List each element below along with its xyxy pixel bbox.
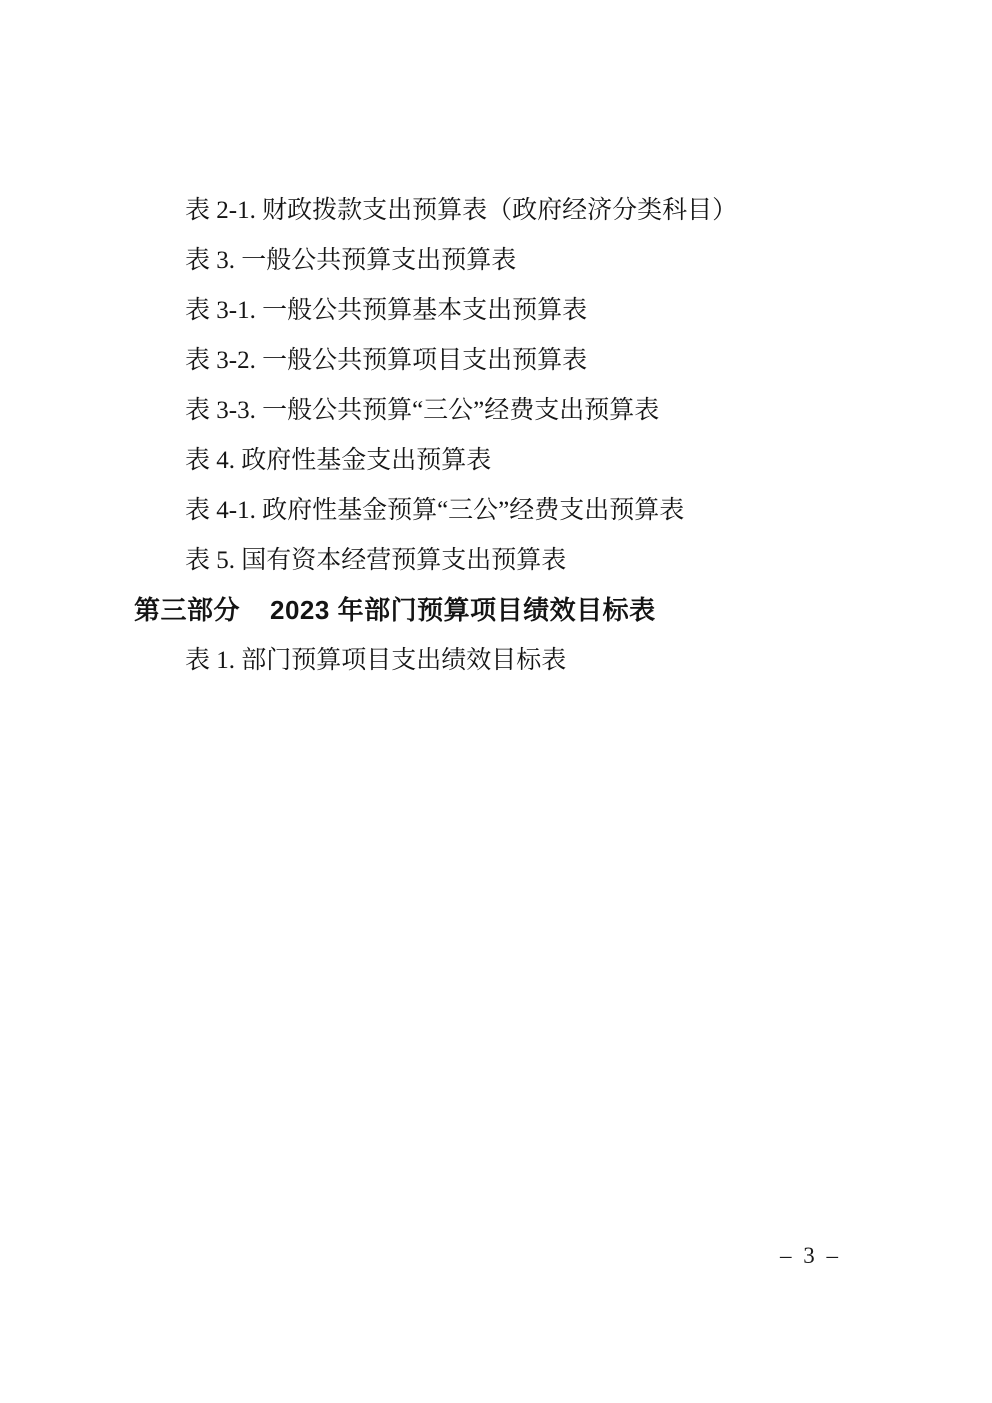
section3-heading-label: 第三部分 (134, 590, 240, 627)
toc-item-table-4: 表 4. 政府性基金支出预算表 (0, 440, 491, 476)
toc-item-table-3: 表 3. 一般公共预算支出预算表 (0, 240, 516, 276)
toc-row: 表 5. 国有资本经营预算支出预算表 (0, 533, 992, 583)
toc-row: 表 4. 政府性基金支出预算表 (0, 433, 992, 483)
toc-item-table-3-1: 表 3-1. 一般公共预算基本支出预算表 (0, 290, 587, 326)
toc-item-table-3-2: 表 3-2. 一般公共预算项目支出预算表 (0, 340, 587, 376)
toc-row: 表 1. 部门预算项目支出绩效目标表 (0, 633, 992, 683)
toc-row: 表 3-3. 一般公共预算“三公”经费支出预算表 (0, 383, 992, 433)
page-number: – 3 – (780, 1243, 841, 1268)
section3-heading: 第三部分 2023 年部门预算项目绩效目标表 (0, 583, 992, 633)
toc-row: 表 2-1. 财政拨款支出预算表（政府经济分类科目） (0, 183, 992, 233)
toc-row: 表 3. 一般公共预算支出预算表 (0, 233, 992, 283)
toc-item-table-3-3: 表 3-3. 一般公共预算“三公”经费支出预算表 (0, 390, 659, 426)
toc-row: 表 3-2. 一般公共预算项目支出预算表 (0, 333, 992, 383)
toc-item-table-2-1: 表 2-1. 财政拨款支出预算表（政府经济分类科目） (0, 190, 737, 226)
toc-item-table-4-1: 表 4-1. 政府性基金预算“三公”经费支出预算表 (0, 490, 684, 526)
section3-heading-title: 2023 年部门预算项目绩效目标表 (270, 590, 656, 627)
page-footer: – 3 – (780, 1243, 841, 1269)
document-page: 表 2-1. 财政拨款支出预算表（政府经济分类科目） 表 3. 一般公共预算支出… (0, 0, 992, 1403)
table-of-contents: 表 2-1. 财政拨款支出预算表（政府经济分类科目） 表 3. 一般公共预算支出… (0, 183, 992, 683)
toc-row: 表 4-1. 政府性基金预算“三公”经费支出预算表 (0, 483, 992, 533)
toc-row: 表 3-1. 一般公共预算基本支出预算表 (0, 283, 992, 333)
toc-item-table-1: 表 1. 部门预算项目支出绩效目标表 (0, 640, 566, 676)
toc-item-table-5: 表 5. 国有资本经营预算支出预算表 (0, 540, 566, 576)
